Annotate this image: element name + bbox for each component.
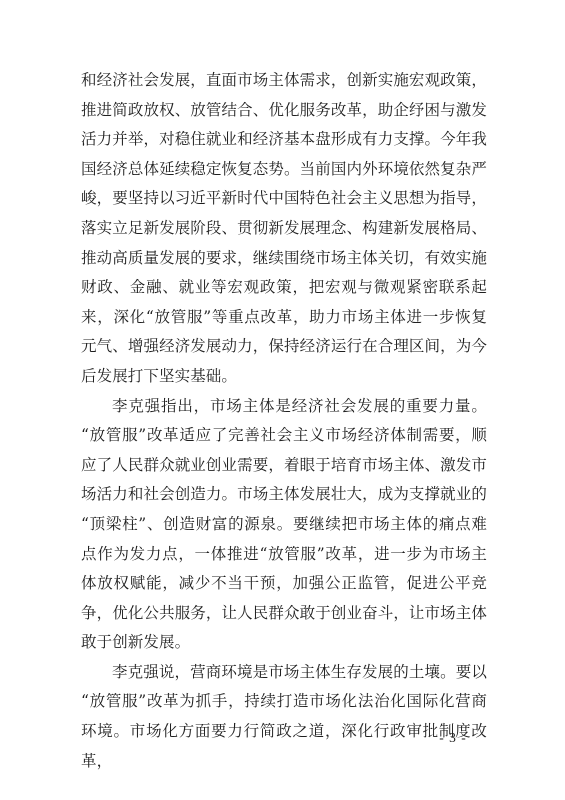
document-body: 和经济社会发展，直面市场主体需求，创新实施宏观政策，推进简政放权、放管结合、优化…: [81, 66, 487, 776]
paragraph-continuation: 和经济社会发展，直面市场主体需求，创新实施宏观政策，推进简政放权、放管结合、优化…: [81, 66, 487, 392]
paragraph-li-keqiang-said: 李克强说，营商环境是市场主体生存发展的土壤。要以“放管服”改革为抓手，持续打造市…: [81, 658, 487, 776]
paragraph-li-keqiang-pointed-out: 李克强指出，市场主体是经济社会发展的重要力量。“放管服”改革适应了完善社会主义市…: [81, 392, 487, 658]
page-number: - 3 -: [408, 730, 498, 746]
document-page: 和经济社会发展，直面市场主体需求，创新实施宏观政策，推进简政放权、放管结合、优化…: [0, 0, 565, 800]
